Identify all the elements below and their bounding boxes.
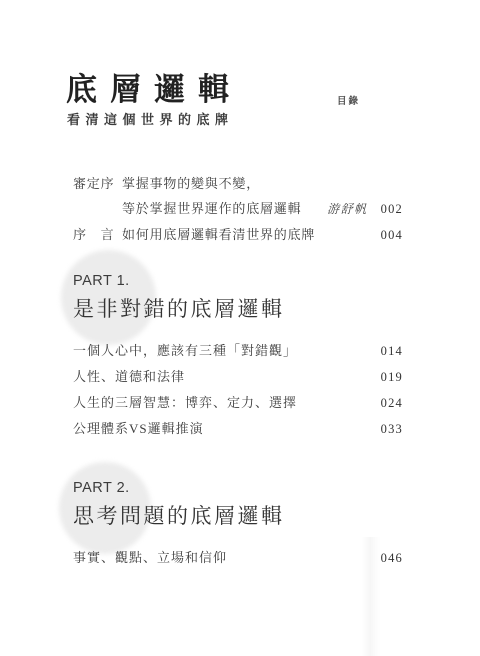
chapter-page-number: 014 [381, 339, 403, 364]
part2-heading: PART 2. 思考問題的底層邏輯 [73, 480, 403, 530]
part2-label: PART 2. [73, 480, 403, 496]
preface-review-title-line2: 等於掌握世界運作的底層邏輯 [122, 196, 301, 221]
chapter-row: 公理體系VS邏輯推演 033 [73, 416, 403, 442]
preface-line: 序 言 如何用底層邏輯看清世界的底牌 004 [73, 222, 403, 248]
preface-review-author: 游舒帆 [327, 197, 368, 222]
preface-review-line2: 等於掌握世界運作的底層邏輯 游舒帆 002 [122, 196, 403, 222]
chapter-title: 人生的三層智慧：博弈、定力、選擇 [73, 390, 297, 415]
preface-review-page-number: 002 [381, 197, 403, 222]
chapter-row: 一個人心中，應該有三種「對錯觀」 014 [73, 338, 403, 364]
preface-review-line1: 審定序 掌握事物的變與不變， [73, 171, 403, 196]
book-subtitle: 看清這個世界的底牌 [67, 109, 234, 128]
part2-title: 思考問題的底層邏輯 [73, 500, 403, 530]
chapter-title: 公理體系VS邏輯推演 [73, 416, 204, 441]
preface-review-meta: 游舒帆 002 [327, 197, 403, 222]
chapter-row: 人性、道德和法律 019 [73, 364, 403, 390]
front-matter-section: 審定序 掌握事物的變與不變， 等於掌握世界運作的底層邏輯 游舒帆 002 序 言… [73, 171, 403, 248]
book-title: 底層邏輯 [66, 64, 242, 109]
chapter-row: 人生的三層智慧：博弈、定力、選擇 024 [73, 390, 403, 416]
preface-label: 序 言 [73, 222, 113, 247]
part1-label: PART 1. [73, 273, 403, 289]
preface-page-number: 004 [381, 223, 403, 248]
chapter-title: 人性、道德和法律 [73, 364, 185, 389]
toc-corner-label: 目錄 [337, 93, 360, 107]
preface-review-title-line1: 掌握事物的變與不變， [122, 171, 260, 196]
chapter-page-number: 024 [381, 391, 403, 416]
chapter-row: 事實、觀點、立場和信仰 046 [73, 545, 403, 571]
chapter-page-number: 046 [381, 546, 403, 571]
book-toc-page: 底層邏輯 看清這個世界的底牌 目錄 審定序 掌握事物的變與不變， 等於掌握世界運… [0, 0, 480, 656]
part2-chapter-list: 事實、觀點、立場和信仰 046 [73, 545, 403, 571]
chapter-page-number: 033 [381, 417, 403, 442]
chapter-title: 一個人心中，應該有三種「對錯觀」 [73, 338, 297, 363]
chapter-title: 事實、觀點、立場和信仰 [73, 545, 227, 570]
page-crease-shadow [361, 537, 381, 656]
part1-heading: PART 1. 是非對錯的底層邏輯 [73, 273, 403, 323]
preface-review-label: 審定序 [73, 171, 113, 196]
part1-title: 是非對錯的底層邏輯 [73, 293, 403, 323]
preface-title: 如何用底層邏輯看清世界的底牌 [122, 222, 381, 247]
part1-chapter-list: 一個人心中，應該有三種「對錯觀」 014 人性、道德和法律 019 人生的三層智… [73, 338, 403, 442]
chapter-page-number: 019 [381, 365, 403, 390]
